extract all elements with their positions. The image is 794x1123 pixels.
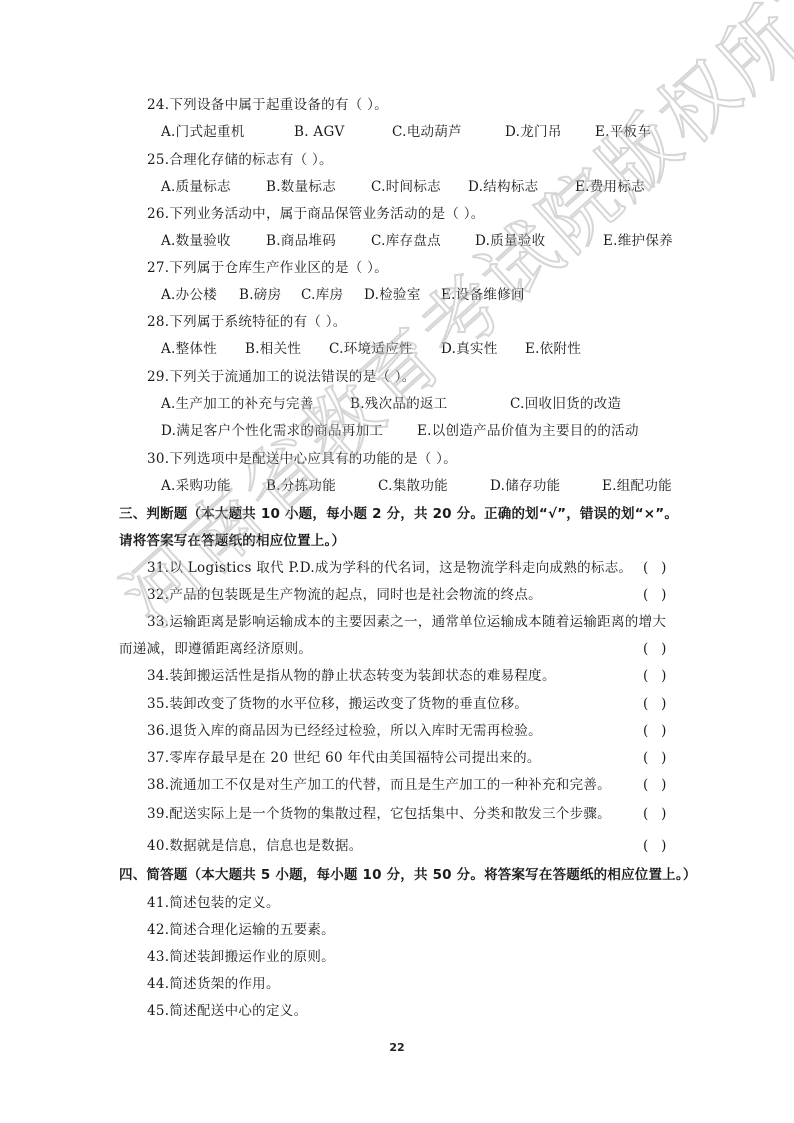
section-3-heading-line1: 三、判断题（本大题共 10 小题，每小题 2 分，共 20 分。正确的划“√”，… (119, 505, 678, 523)
option-d: D.检验室 (364, 286, 421, 304)
option-c: C.电动葫芦 (392, 123, 462, 141)
option-b: B.残次品的返工 (350, 395, 448, 413)
judgement-text: 36.退货入库的商品因为已经经过检验，所以入库时无需再检验。 (147, 722, 542, 740)
option-c: C.库房 (301, 286, 343, 304)
answer-blank: ( ) (643, 722, 666, 740)
answer-blank: ( ) (643, 749, 666, 767)
option-d: D.结构标志 (468, 178, 538, 196)
option-a: A.质量标志 (161, 178, 231, 196)
option-d: D.龙门吊 (505, 123, 562, 141)
question-24-stem: 24.下列设备中属于起重设备的有（ ）。 (147, 96, 388, 114)
answer-blank: ( ) (643, 805, 666, 823)
option-d: D.满足客户个性化需求的商品再加工 (161, 422, 383, 440)
option-b: B.商品堆码 (266, 232, 336, 250)
judgement-text: 37.零库存最早是在 20 世纪 60 年代由美国福特公司提出来的。 (147, 749, 541, 767)
section-3-heading-line2: 请将答案写在答题纸的相应位置上。） (119, 532, 345, 550)
short-answer-41: 41.简述包装的定义。 (147, 894, 280, 912)
question-27-stem: 27.下列属于仓库生产作业区的是（ ）。 (147, 259, 388, 277)
option-e: E.设备维修间 (441, 286, 525, 304)
option-c: C.集散功能 (378, 477, 448, 495)
short-answer-44: 44.简述货架的作用。 (147, 975, 280, 993)
option-c: C.时间标志 (371, 178, 441, 196)
option-e: E.维护保养 (603, 232, 673, 250)
short-answer-42: 42.简述合理化运输的五要素。 (147, 921, 335, 939)
answer-blank: ( ) (643, 640, 666, 658)
option-c: C.回收旧货的改造 (510, 395, 621, 413)
answer-blank: ( ) (643, 695, 666, 713)
section-4-heading: 四、简答题（本大题共 5 小题，每小题 10 分，共 50 分。将答案写在答题纸… (119, 866, 697, 884)
option-b: B.数量标志 (266, 178, 336, 196)
exam-page: 24.下列设备中属于起重设备的有（ ）。 A.门式起重机 B. AGV C.电动… (0, 0, 794, 1123)
option-e: E.平板车 (595, 123, 651, 141)
option-a: A.生产加工的补充与完善 (161, 395, 314, 413)
judgement-text: 35.装卸改变了货物的水平位移，搬运改变了货物的垂直位移。 (147, 695, 528, 713)
option-e: E.以创造产品价值为主要目的的活动 (417, 422, 639, 440)
option-a: A.采购功能 (161, 477, 231, 495)
option-e: E.组配功能 (602, 477, 672, 495)
short-answer-45: 45.简述配送中心的定义。 (147, 1002, 307, 1020)
judgement-text: 34.装卸搬运活性是指从物的静止状态转变为装卸状态的难易程度。 (147, 667, 556, 685)
option-a: A.数量验收 (161, 232, 231, 250)
answer-blank: ( ) (643, 586, 666, 604)
option-b: B.相关性 (245, 340, 301, 358)
question-29-stem: 29.下列关于流通加工的说法错误的是（ ）。 (147, 368, 416, 386)
question-30-stem: 30.下列选项中是配送中心应具有的功能的是（ ）。 (147, 450, 457, 468)
judgement-text: 39.配送实际上是一个货物的集散过程，它包括集中、分类和散发三个步骤。 (147, 805, 611, 823)
judgement-text: 40.数据就是信息，信息也是数据。 (147, 837, 363, 855)
answer-blank: ( ) (643, 776, 666, 794)
option-c: C.库存盘点 (371, 232, 441, 250)
option-e: E.依附性 (525, 340, 581, 358)
answer-blank: ( ) (643, 667, 666, 685)
option-a: A.整体性 (161, 340, 217, 358)
option-a: A.办公楼 (161, 286, 217, 304)
option-b: B.分拣功能 (266, 477, 336, 495)
option-b: B. AGV (294, 123, 345, 141)
judgement-text: 32.产品的包装既是生产物流的起点，同时也是社会物流的终点。 (147, 586, 542, 604)
option-d: D.质量验收 (475, 232, 545, 250)
judgement-text: 38.流通加工不仅是对生产加工的代替，而且是生产加工的一种补充和完善。 (147, 776, 611, 794)
option-d: D.真实性 (441, 340, 498, 358)
short-answer-43: 43.简述装卸搬运作业的原则。 (147, 948, 335, 966)
option-d: D.储存功能 (490, 477, 560, 495)
question-26-stem: 26.下列业务活动中，属于商品保管业务活动的是（ ）。 (147, 205, 485, 223)
judgement-item-33-continuation: 而递减，即遵循距离经济原则。 (119, 640, 312, 658)
question-28-stem: 28.下列属于系统特征的有（ ）。 (147, 313, 347, 331)
judgement-text: 33.运输距离是影响运输成本的主要因素之一，通常单位运输成本随着运输距离的增大 (147, 613, 666, 631)
judgement-text: 31.以 Logistics 取代 P.D.成为学科的代名词，这是物流学科走向成… (147, 559, 632, 577)
option-c: C.环境适应性 (329, 340, 413, 358)
answer-blank: ( ) (643, 837, 666, 855)
page-number: 22 (387, 1041, 407, 1054)
option-e: E.费用标志 (575, 178, 645, 196)
answer-blank: ( ) (643, 559, 666, 577)
option-a: A.门式起重机 (161, 123, 245, 141)
question-25-stem: 25.合理化存储的标志有（ ）。 (147, 151, 333, 169)
option-b: B.磅房 (239, 286, 281, 304)
